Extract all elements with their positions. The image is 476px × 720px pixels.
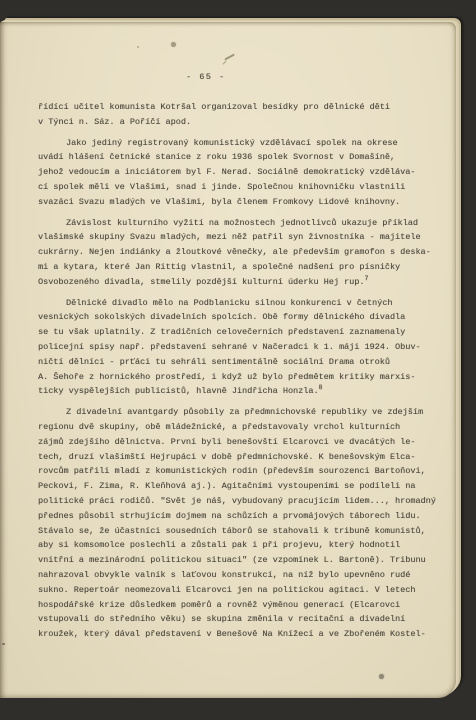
text-line: politické práci rodičů. "Svět je náš, vy… bbox=[38, 494, 436, 509]
scan-speck bbox=[137, 46, 139, 48]
text-line: ničtí dělníci - prťáci tu sehráli sentim… bbox=[38, 355, 436, 370]
paragraph: Z divadelní avantgardy působily za předm… bbox=[38, 405, 436, 642]
text-line: řídící učitel komunista Kotršal organizo… bbox=[38, 100, 436, 115]
text-line: Osvobozeného divadla, stmelily pozdější … bbox=[38, 275, 436, 290]
text-line: ticky vyspělejších publicistů, hlavně Ji… bbox=[38, 384, 436, 399]
text-line: Z divadelní avantgardy působily za předm… bbox=[38, 405, 436, 420]
book-photo: - 65 - řídící učitel komunista Kotršal o… bbox=[0, 0, 476, 720]
text-line: tech, druzí vlašimští Hejrupáci v době p… bbox=[38, 450, 436, 465]
footnote-ref: 7 bbox=[364, 275, 368, 282]
text-line: aby si komsomolce poslechli a zůstali pa… bbox=[38, 538, 436, 553]
text-line: Jako jediný registrovaný komunistický vz… bbox=[38, 136, 436, 151]
paragraph: řídící učitel komunista Kotršal organizo… bbox=[38, 100, 436, 130]
text-line: regionu dvě skupiny, obě mládežnické, a … bbox=[38, 420, 436, 435]
text-line: vstupovali do středního věku) se skupina… bbox=[38, 612, 436, 627]
text-line: rovcům patřili mladí z komunistických ro… bbox=[38, 464, 436, 479]
text-line: svazáci Svazu mladých ve Vlašimi, byla č… bbox=[38, 195, 436, 210]
text-line: se tu však uplatnily. Z tradičních celov… bbox=[38, 325, 436, 340]
text-line: Stávalo se, že účastníci sousedních tábo… bbox=[38, 524, 436, 539]
text-line: Závislost kulturního vyžití na možnostec… bbox=[38, 216, 436, 231]
scan-dot bbox=[171, 42, 176, 47]
paragraph: Jako jediný registrovaný komunistický vz… bbox=[38, 136, 436, 210]
text-line: nahrazoval obvykle valník s laťovou kons… bbox=[38, 568, 436, 583]
text-line: vnitřní a mezinárodní politickou situaci… bbox=[38, 553, 436, 568]
text-line: v Týnci n. Sáz. a Poříčí apod. bbox=[38, 115, 436, 130]
pencil-mark bbox=[224, 54, 234, 60]
paragraph: Dělnické divadlo mělo na Podblanicku sil… bbox=[38, 296, 436, 400]
text-line: vlašimské skupiny Svazu mladých, mezi ně… bbox=[38, 230, 436, 245]
text-line: přednes působil strhujícím dojmem na sch… bbox=[38, 509, 436, 524]
scanned-page: - 65 - řídící učitel komunista Kotršal o… bbox=[0, 22, 456, 698]
text-line: uvádí hlášení četnické stanice z roku 19… bbox=[38, 150, 436, 165]
text-line: Peckovi, F. Zima, R. Kleňhová aj.). Agit… bbox=[38, 479, 436, 494]
paragraph: Závislost kulturního vyžití na možnostec… bbox=[38, 216, 436, 290]
text-line: cí spolek měli ve Vlašimi, snad i jinde.… bbox=[38, 180, 436, 195]
text-line: zájmů zdejšího dělnictva. První byli ben… bbox=[38, 435, 436, 450]
text-line: jehož vedoucím a iniciátorem byl F. Nera… bbox=[38, 165, 436, 180]
scan-smudge bbox=[379, 674, 384, 679]
text-line: vesnických sokolských divadelních spolcí… bbox=[38, 310, 436, 325]
document-body: řídící učitel komunista Kotršal organizo… bbox=[38, 100, 436, 642]
text-line: kroužek, který dával představení v Beneš… bbox=[38, 627, 436, 642]
text-line: A. Šehoře z hornického prostředí, i když… bbox=[38, 370, 436, 385]
text-line: mi a kytara, které Jan Rittig vlastnil, … bbox=[38, 260, 436, 275]
text-line: Dělnické divadlo mělo na Podblanicku sil… bbox=[38, 296, 436, 311]
text-line: sukno. Repertoár neomezovali Elcarovci j… bbox=[38, 583, 436, 598]
edge-mark bbox=[2, 643, 5, 645]
page-number: - 65 - bbox=[186, 72, 226, 82]
text-line: hospodářské krize důsledkem poměrů a rov… bbox=[38, 598, 436, 613]
text-line: policejní spisy např. představení sehran… bbox=[38, 340, 436, 355]
text-line: cukrárny. Nejen indiánky a žloutkové věn… bbox=[38, 245, 436, 260]
footnote-ref: 8 bbox=[319, 385, 323, 392]
